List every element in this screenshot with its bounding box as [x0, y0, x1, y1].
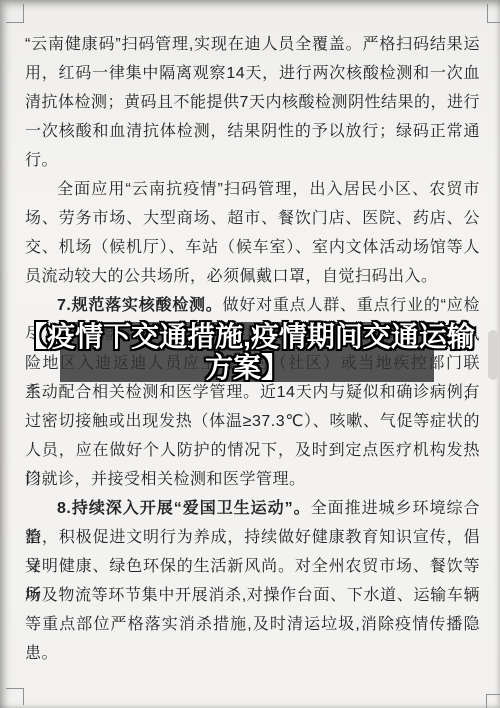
- text-line: 交、机场（候机厅）、车站（候车室）、室内文体活动场馆等人: [25, 233, 480, 262]
- text-line: 场、劳务市场、大型商场、超市、餐饮门店、医院、药店、公: [25, 204, 480, 233]
- bold-text-segment: 7.规范落实核酸检测。: [57, 297, 223, 314]
- crop-mark-bottom-left: [6, 688, 24, 705]
- crop-mark-bottom-right: [486, 694, 500, 708]
- bold-text-segment: 8.持续深入开展“爱国卫生运动”。: [57, 500, 311, 517]
- text-line: 一次核酸和血清抗体检测，结果阴性的予以放行；绿码正常通: [25, 117, 480, 146]
- text-line: 员流动较大的公共场所，必须佩戴口罩，自觉扫码出入。: [25, 262, 480, 291]
- text-segment: 做好对重点人群、重点行业的“应检: [223, 297, 480, 314]
- text-line: 患。: [25, 639, 480, 668]
- text-line: 诊就诊，并接受相关检测和医学管理。: [25, 465, 480, 494]
- text-line: 过密切接触或出现发热（体温≥37.3℃）、咳嗽、气促等症状的: [25, 407, 480, 436]
- text-line: 行。: [25, 146, 480, 175]
- document-page: “云南健康码”扫码管理,实现在迪人员全覆盖。严格扫码结果运用，红码一律集中隔离观…: [0, 0, 500, 708]
- text-line: 人员，应在做好个人防护的情况下，及时到定点医疗机构发热门: [25, 436, 480, 465]
- text-line: 清抗体检测；黄码且不能提供7天内核酸检测阴性结果的，进行: [25, 88, 480, 117]
- crop-mark-top-left: [6, 4, 24, 23]
- text-line: “云南健康码”扫码管理,实现在迪人员全覆盖。严格扫码结果运: [25, 30, 480, 59]
- text-line: 7.规范落实核酸检测。做好对重点人群、重点行业的“应检: [25, 291, 480, 320]
- crop-mark-top-right: [487, 4, 500, 23]
- text-line: 用，红码一律集中隔离观察14天，进行两次核酸检测和一次血: [25, 59, 480, 88]
- text-line: 全面应用“云南抗疫情”扫码管理，出入居民小区、农贸市: [25, 175, 480, 204]
- text-line: 8.持续深入开展“爱国卫生运动”。全面推进城乡环境综合整: [25, 494, 480, 523]
- text-line: 等重点部位严格落实消杀措施,及时清运垃圾,消除疫情传播隐: [25, 610, 480, 639]
- text-line: 文明健康、绿色环保的生活新风尚。对全州农贸市场、餐饮等场: [25, 552, 480, 581]
- article-title-line1: 【疫情下交通措施,疫情期间交通运输: [19, 321, 475, 352]
- text-line: 所及物流等环节集中开展消杀,对操作台面、下水道、运输车辆: [25, 581, 480, 610]
- article-title-overlay: 【疫情下交通措施,疫情期间交通运输 方案】: [60, 322, 434, 382]
- article-title-line2: 方案】: [205, 352, 289, 383]
- scrollbar-thumb[interactable]: [488, 330, 498, 380]
- text-line: 治，积极促进文明行为养成，持续做好健康教育知识宣传，倡导: [25, 523, 480, 552]
